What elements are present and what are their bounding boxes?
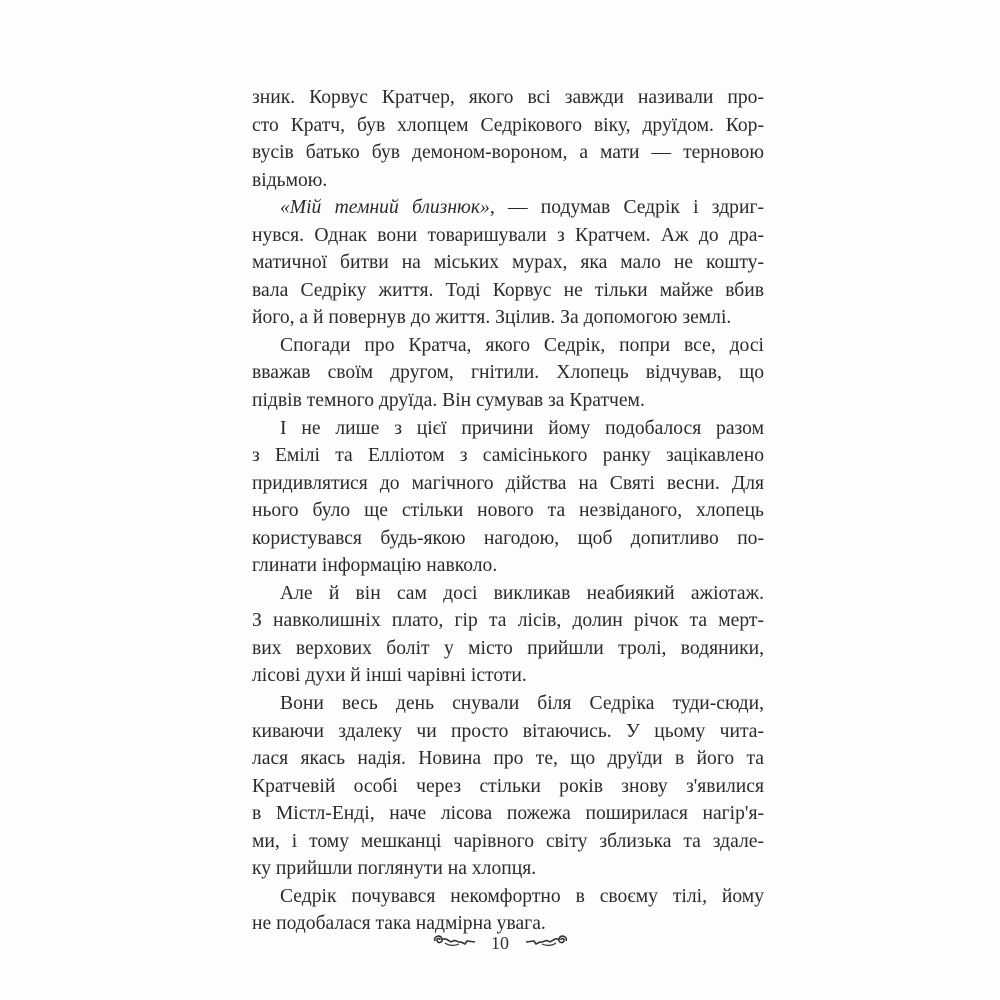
line-text: вусів батько був демоном-вороном, а мати… <box>252 142 764 163</box>
text-line: Вони весь день снували біля Седріка туди… <box>252 690 764 718</box>
text-line: вважав своїм другом, гнітили. Хлопець ві… <box>252 359 764 387</box>
line-text: сто Кратч, був хлопцем Седрікового віку,… <box>252 115 764 136</box>
line-text: Вони весь день снували біля Седріка туди… <box>280 693 764 714</box>
line-text: глинати інформацію навколо. <box>252 555 497 576</box>
text-line: Але й він сам досі викликав неабиякий аж… <box>252 580 764 608</box>
line-text: вважав своїм другом, гнітили. Хлопець ві… <box>252 362 764 383</box>
text-line: Седрік почувався некомфортно в своєму ті… <box>252 883 764 911</box>
text-line: ку прийшли поглянути на хлопця. <box>252 855 764 883</box>
text-line: вих верхових боліт у місто прийшли тролі… <box>252 635 764 663</box>
text-line: вусів батько був демоном-вороном, а мати… <box>252 139 764 167</box>
line-text: Кратчевій особі через стільки років знов… <box>252 776 764 797</box>
text-line: зник. Корвус Кратчер, якого всі завжди н… <box>252 84 764 112</box>
text-line: нувся. Однак вони товаришували з Кратчем… <box>252 222 764 250</box>
line-text: нувся. Однак вони товаришували з Кратчем… <box>252 225 764 246</box>
line-text: лася якась надія. Новина про те, що друї… <box>252 748 764 769</box>
line-text: ми, і тому мешканці чарівного світу збли… <box>252 831 764 852</box>
text-line: ми, і тому мешканці чарівного світу збли… <box>252 828 764 856</box>
line-text: З навколишніх плато, гір та лісів, долин… <box>252 610 764 631</box>
text-line: киваючи здалеку чи просто вітаючись. У ц… <box>252 718 764 746</box>
line-text: вала Седріку життя. Тоді Корвус не тільк… <box>252 280 764 301</box>
text-line: користувався будь-якою нагодою, щоб допи… <box>252 525 764 553</box>
text-line: З навколишніх плато, гір та лісів, долин… <box>252 607 764 635</box>
text-line: нього було ще стільки нового та незвідан… <box>252 497 764 525</box>
page-number: 10 <box>491 933 509 954</box>
text-line: «Мій темний близнюк», — подумав Седрік і… <box>252 194 764 222</box>
line-text: відьмою. <box>252 170 327 191</box>
text-line: з Емілі та Еллiотом з самісінького ранку… <box>252 442 764 470</box>
line-text: зник. Корвус Кратчер, якого всі завжди н… <box>252 87 764 108</box>
line-text: матичної битви на міських мурах, яка мал… <box>252 252 764 273</box>
page-body-text: зник. Корвус Кратчер, якого всі завжди н… <box>252 84 764 938</box>
line-text: його, а й повернув до життя. Зцілив. За … <box>252 307 731 328</box>
line-text: Спогади про Кратча, якого Седрік, попри … <box>280 335 764 356</box>
line-text: вих верхових боліт у місто прийшли тролі… <box>252 638 764 659</box>
text-line: в Містл-Енді, наче лісова пожежа поширил… <box>252 800 764 828</box>
line-text: лісові духи й інші чарівні істоти. <box>252 665 527 686</box>
book-page: зник. Корвус Кратчер, якого всі завжди н… <box>0 0 1000 1000</box>
text-line: лася якась надія. Новина про те, що друї… <box>252 745 764 773</box>
scroll-ornament-left-icon <box>431 932 477 955</box>
line-text: ку прийшли поглянути на хлопця. <box>252 858 536 879</box>
text-line: його, а й повернув до життя. Зцілив. За … <box>252 304 764 332</box>
line-text: І не лише з цієї причини йому подобалося… <box>280 418 764 439</box>
text-line: придивлятися до магічного дійства на Свя… <box>252 470 764 498</box>
text-line: підвів темного друїда. Він сумував за Кр… <box>252 387 764 415</box>
line-text: нього було ще стільки нового та незвідан… <box>252 500 764 521</box>
text-line: сто Кратч, був хлопцем Седрікового віку,… <box>252 112 764 140</box>
text-line: глинати інформацію навколо. <box>252 552 764 580</box>
line-text: підвів темного друїда. Він сумував за Кр… <box>252 390 645 411</box>
line-text: Седрік почувався некомфортно в своєму ті… <box>280 886 764 907</box>
italic-phrase: «Мій темний близнюк» <box>280 197 490 218</box>
line-text: з Емілі та Еллiотом з самісінького ранку… <box>252 445 764 466</box>
text-line: І не лише з цієї причини йому подобалося… <box>252 415 764 443</box>
text-line: Спогади про Кратча, якого Седрік, попри … <box>252 332 764 360</box>
line-text: , — подумав Седрік і здриг- <box>490 197 764 218</box>
line-text: Але й він сам досі викликав неабиякий аж… <box>280 583 764 604</box>
line-text: киваючи здалеку чи просто вітаючись. У ц… <box>252 721 764 742</box>
text-line: матичної битви на міських мурах, яка мал… <box>252 249 764 277</box>
line-text: придивлятися до магічного дійства на Свя… <box>252 473 764 494</box>
text-line: відьмою. <box>252 167 764 195</box>
line-text: користувався будь-якою нагодою, щоб допи… <box>252 528 764 549</box>
text-line: лісові духи й інші чарівні істоти. <box>252 662 764 690</box>
page-footer: 10 <box>0 932 1000 955</box>
text-line: Кратчевій особі через стільки років знов… <box>252 773 764 801</box>
line-text: в Містл-Енді, наче лісова пожежа поширил… <box>252 803 764 824</box>
scroll-ornament-right-icon <box>524 932 570 955</box>
text-line: вала Седріку життя. Тоді Корвус не тільк… <box>252 277 764 305</box>
